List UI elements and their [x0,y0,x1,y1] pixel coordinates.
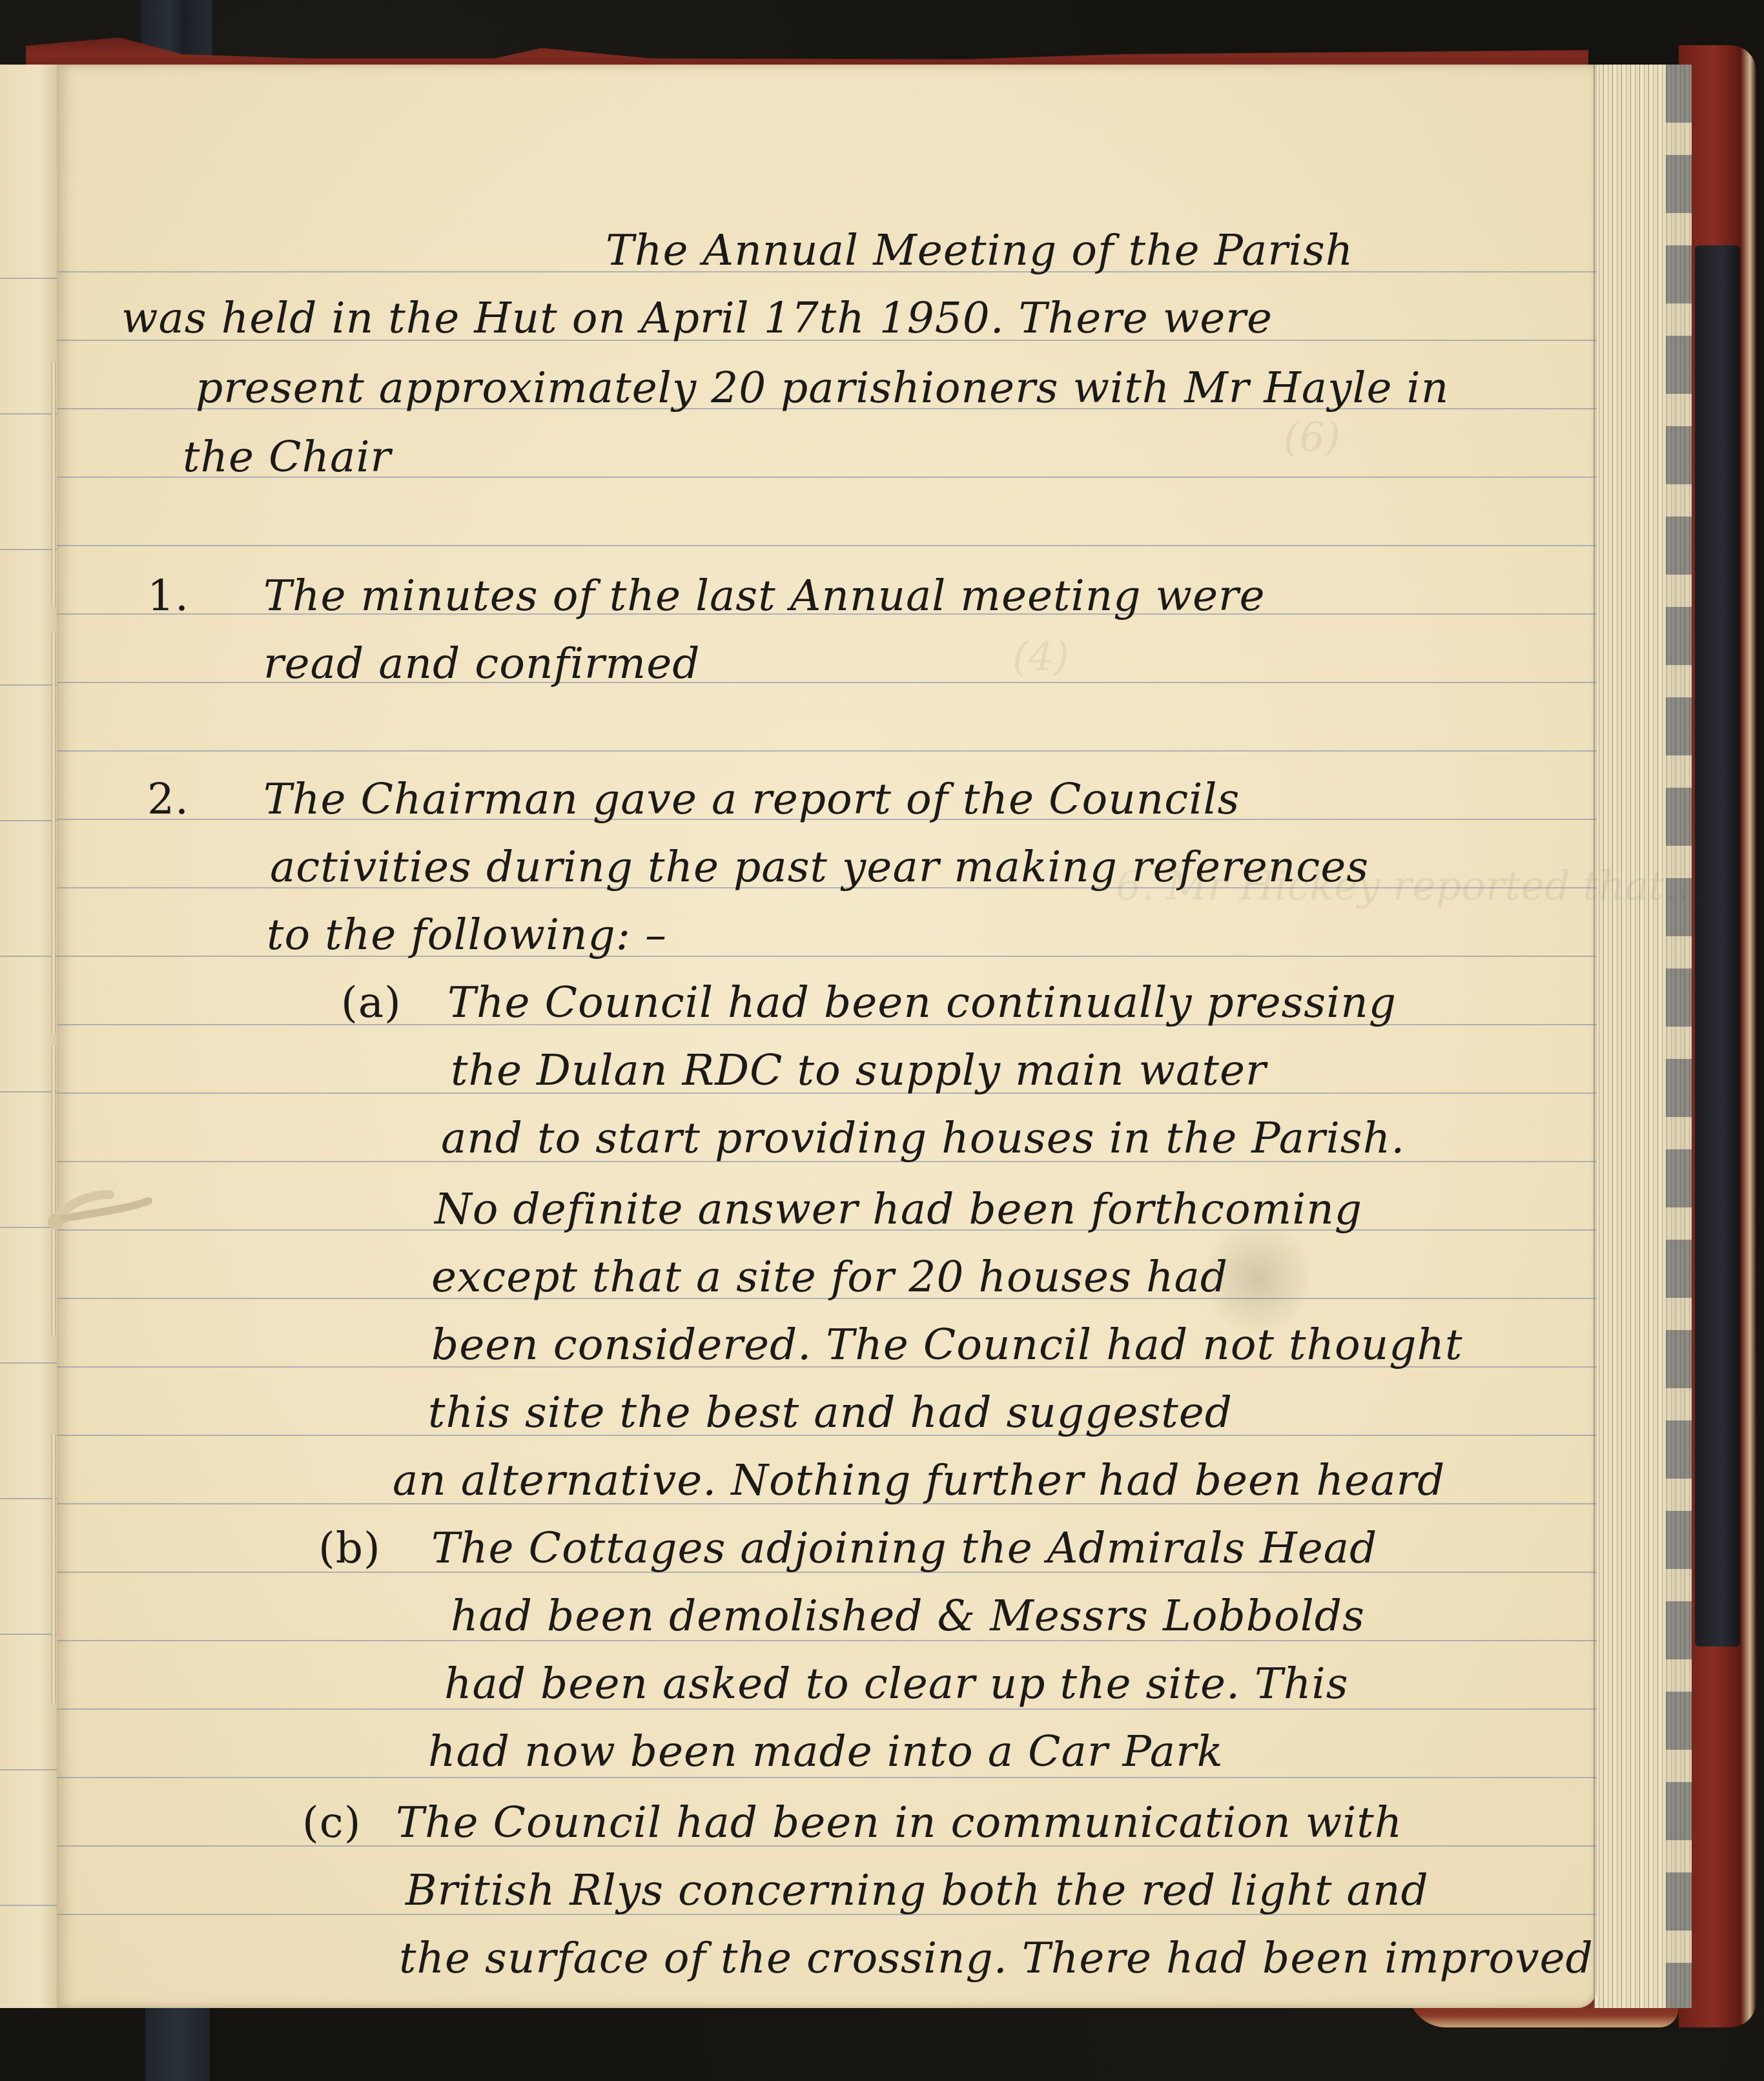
item-number: 1. [147,575,189,617]
ruled-line [57,1777,1597,1778]
binding-thread [52,633,56,1033]
item-number: 2. [147,778,189,821]
subitem-a-line: the Dulan RDC to supply main water [451,1049,1267,1092]
subitem-label: (b) [318,1527,381,1570]
subitem-a-line: and to start providing houses in the Par… [441,1117,1405,1160]
bookmark-ribbon-bottom [145,2008,210,2081]
subitem-b-line: had been asked to clear up the site. Thi… [444,1663,1349,1705]
subitem-label: (c) [302,1801,361,1844]
subitem-a-line: an alternative. Nothing further had been… [393,1459,1445,1502]
subitem-b-line: had been demolished & Messrs Lobbolds [451,1595,1365,1637]
subitem-label: (a) [341,981,402,1024]
ruled-line [0,1905,57,1906]
right-margin-rule [1594,65,1595,2008]
item-2-line-3: to the following: – [267,914,667,956]
heading-line-1: The Annual Meeting of the Parish [606,229,1353,272]
binding-thread [52,1433,56,1705]
item-2-line-2: activities during the past year making r… [270,846,1369,888]
subitem-c-line: the surface of the crossing. There had b… [399,1937,1594,1980]
ruled-line [0,684,57,686]
thread-knot-icon [45,1175,161,1253]
ruled-line [0,413,57,415]
ruled-line [0,278,57,279]
item-1-line-2: read and confirmed [263,642,700,685]
ruled-line [0,1769,57,1770]
heading-line-2: was held in the Hut on April 17th 1950. … [121,297,1273,340]
heading-line-3: present approximately 20 parishioners wi… [196,367,1449,409]
ruled-line [57,545,1597,546]
facing-page-sliver [0,65,57,2008]
ruled-line [0,1362,57,1364]
ruled-line [57,750,1597,752]
subitem-c-line: The Council had been in communication wi… [396,1801,1402,1844]
subitem-a-line: except that a site for 20 houses had [431,1256,1228,1298]
ruled-line [57,1708,1597,1710]
subitem-a-line: this site the best and had suggested [428,1391,1233,1434]
ruled-line [0,1091,57,1092]
item-2-line-1: The Chairman gave a report of the Counci… [263,778,1240,821]
bleed-through-text: (6) [1284,413,1340,460]
ruled-line [0,956,57,957]
ruled-line [0,820,57,821]
subitem-a-line: been considered. The Council had not tho… [431,1324,1463,1366]
binding-thread [52,362,56,607]
notebook-page: 6. Mr Hickey reported that... (6) (4) Th… [57,65,1597,2008]
ruled-line [0,549,57,550]
page-edges-stack [1595,65,1692,2008]
heading-line-4: the Chair [183,436,391,478]
subitem-b-line: had now been made into a Car Park [428,1730,1224,1773]
subitem-a-line: No definite answer had been forthcoming [435,1188,1362,1231]
binding-spine-cloth [1695,245,1740,1646]
ruled-line [0,1498,57,1499]
item-1-line-1: The minutes of the last Annual meeting w… [263,575,1266,617]
subitem-c-line: British Rlys concerning both the red lig… [405,1869,1429,1912]
ruled-line [0,1634,57,1635]
bleed-through-text: (4) [1012,633,1069,680]
subitem-b-line: The Cottages adjoining the Admirals Head [431,1527,1377,1570]
subitem-a-line: The Council had been continually pressin… [447,981,1397,1024]
